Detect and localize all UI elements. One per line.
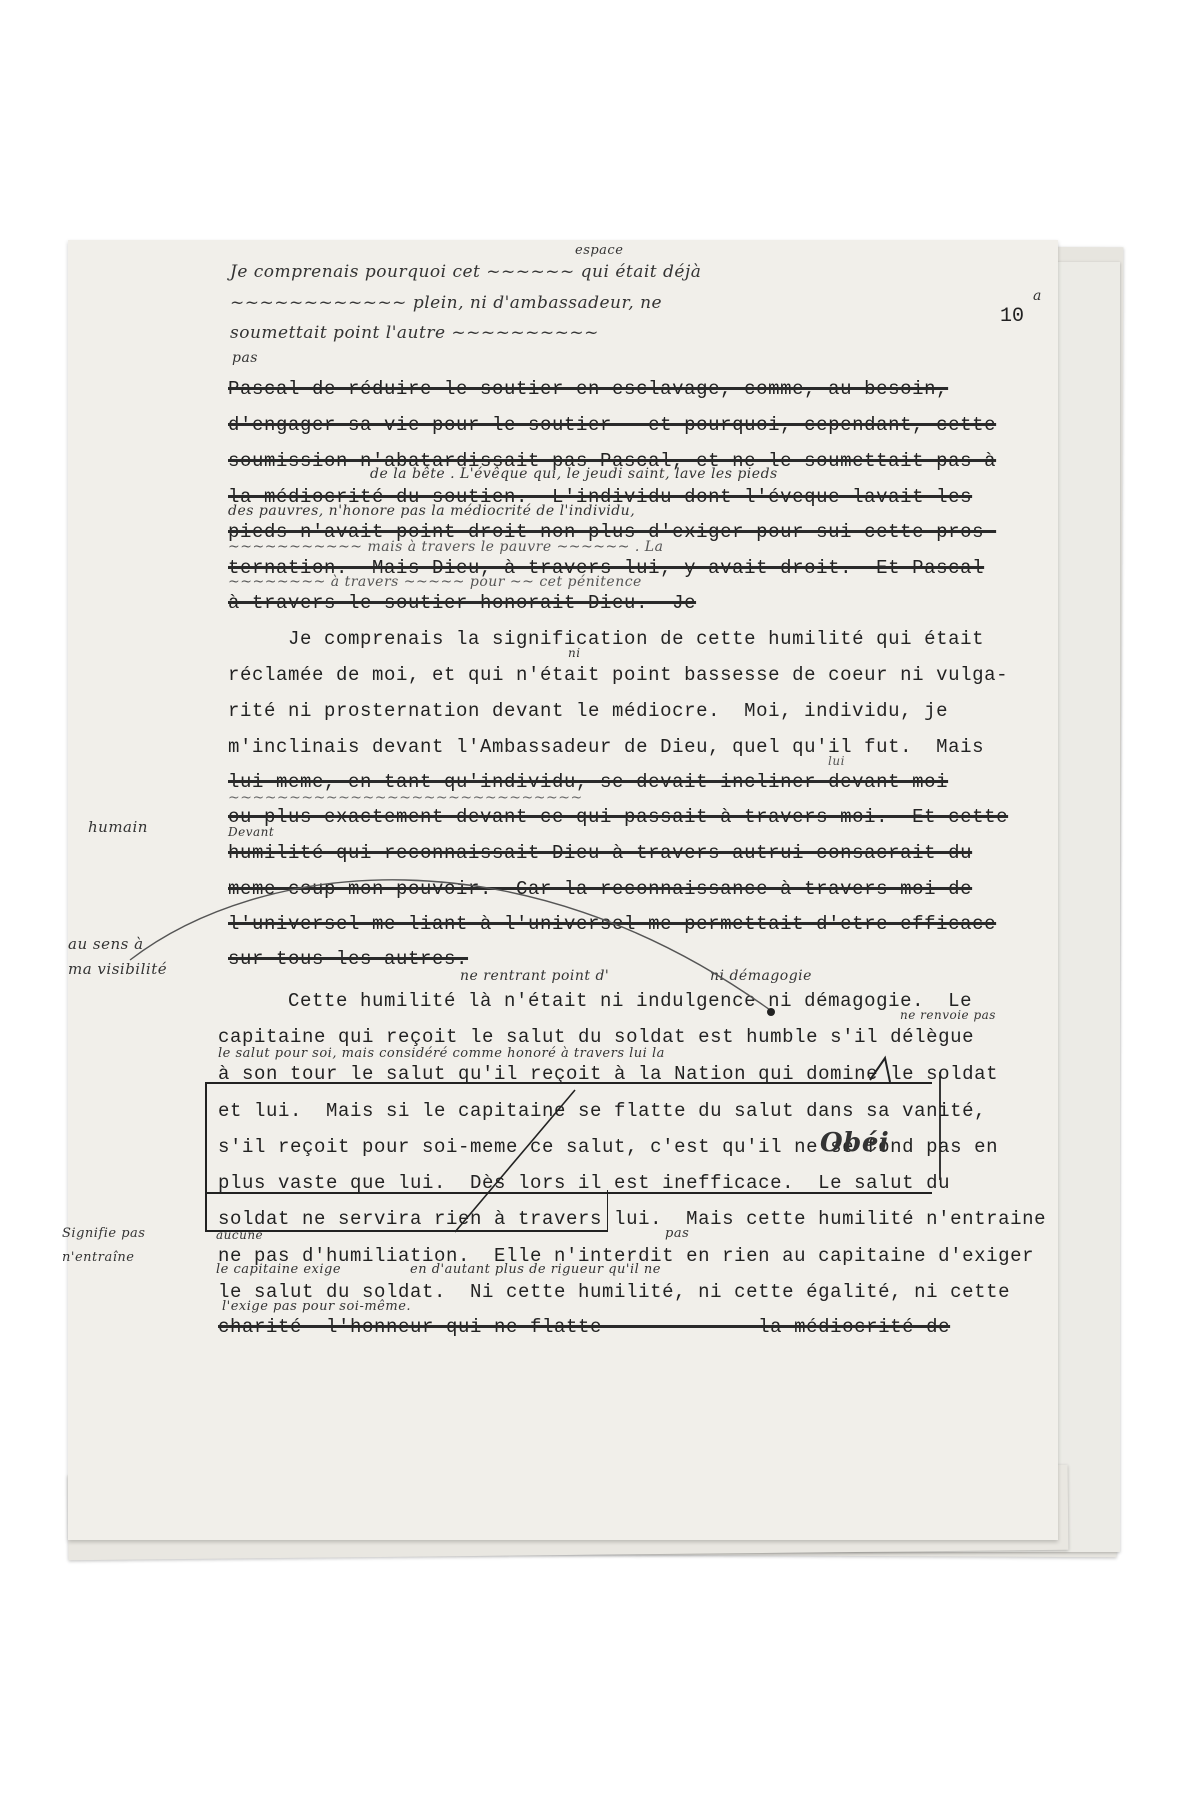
slash-stroke-icon (455, 1090, 575, 1232)
pen-strokes (0, 0, 1196, 1800)
caret-insert-icon (870, 1058, 890, 1082)
curved-arrow-icon (130, 880, 770, 1010)
